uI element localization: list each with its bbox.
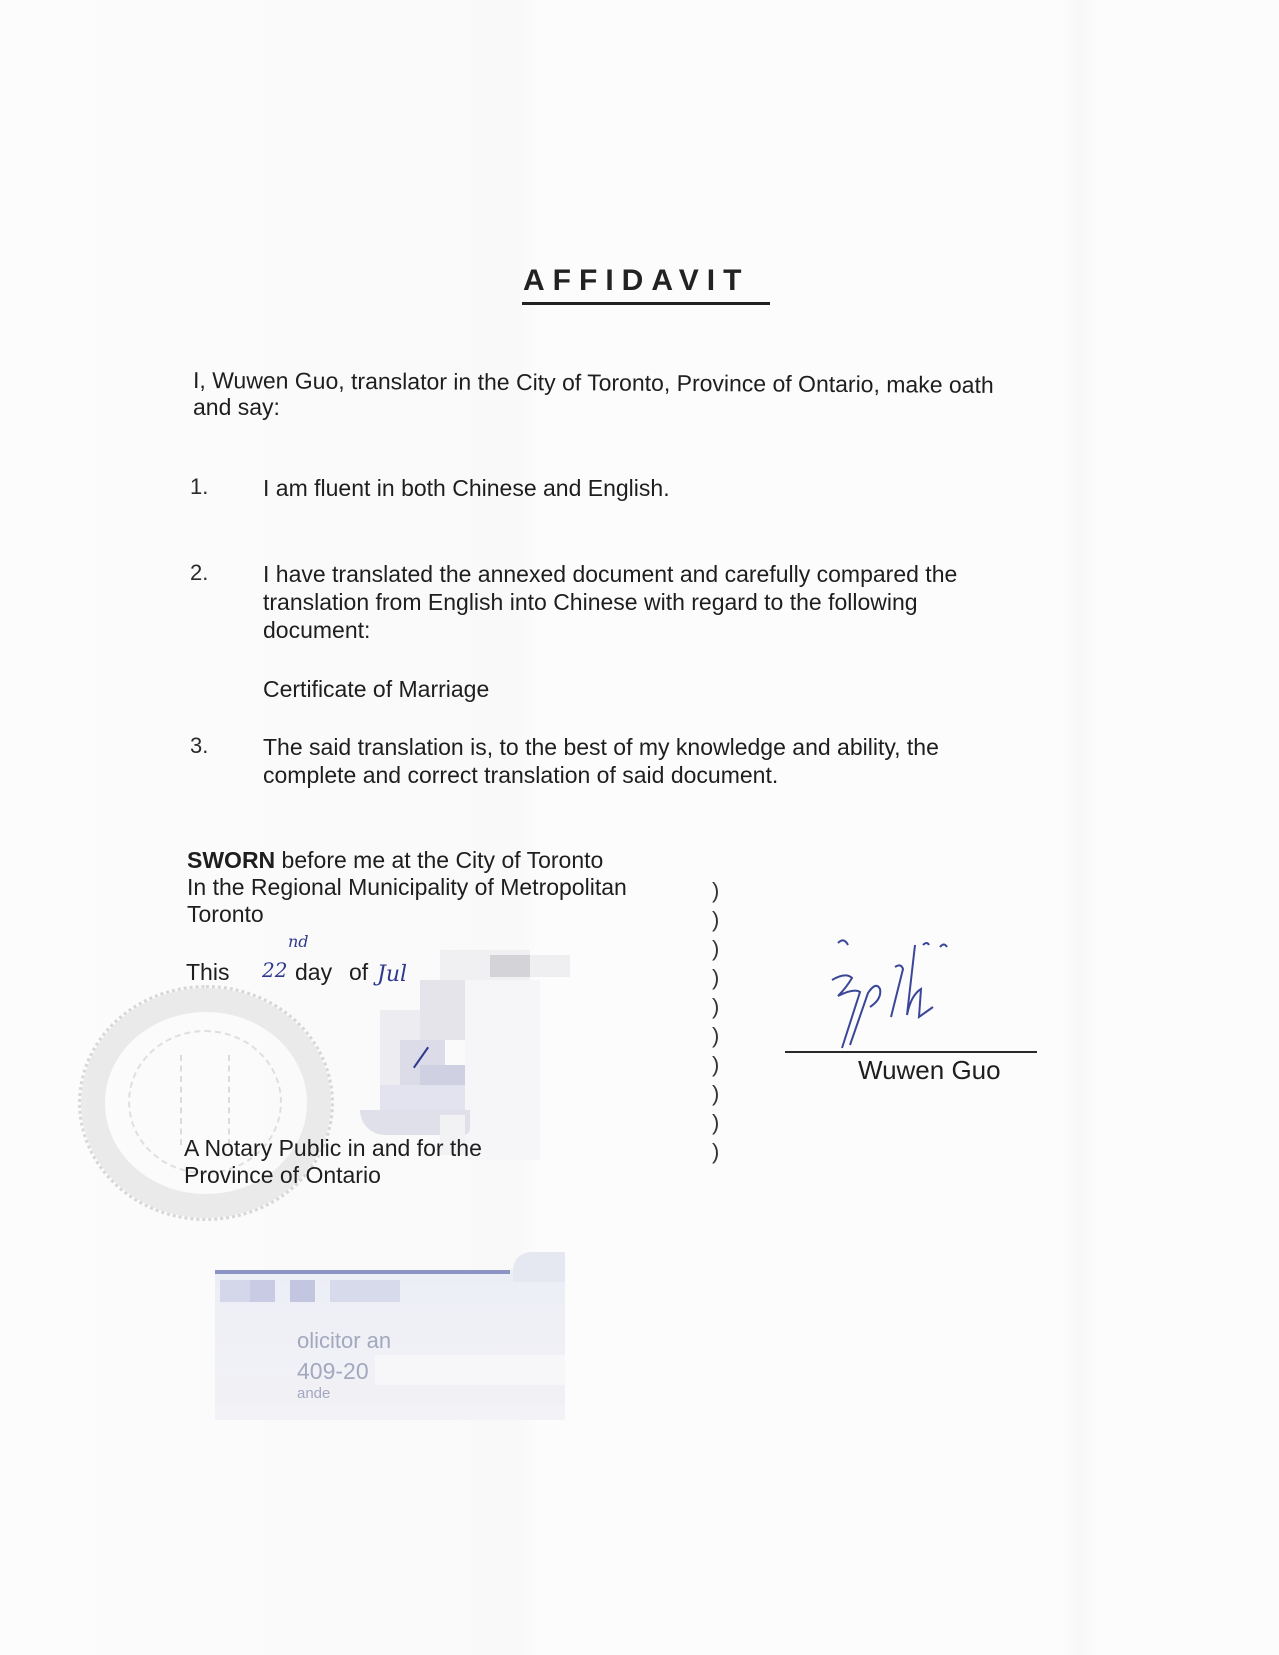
item-3-line-2: complete and correct translation of said… — [263, 761, 778, 789]
item-2-line-3: document: — [263, 616, 370, 644]
item-2-number: 2. — [190, 560, 208, 586]
intro-line-1: I, Wuwen Guo, translator in the City of … — [193, 366, 994, 399]
date-this-label: This — [186, 958, 229, 986]
seal-center-mark — [180, 1055, 230, 1145]
item-3-number: 3. — [190, 733, 208, 759]
stamp-fragment-solicitor: olicitor an — [297, 1328, 391, 1354]
item-3-line-1: The said translation is, to the best of … — [263, 733, 939, 761]
sworn-label: SWORN — [187, 847, 275, 873]
handwritten-day: 22 — [262, 958, 287, 982]
item-2-document-name: Certificate of Marriage — [263, 675, 489, 703]
parenthesis-mark: ) — [712, 936, 719, 962]
item-2-line-1: I have translated the annexed document a… — [263, 560, 957, 588]
jurat-line-2: In the Regional Municipality of Metropol… — [187, 873, 627, 901]
intro-line-2: and say: — [193, 393, 280, 421]
parenthesis-mark: ) — [712, 1081, 719, 1107]
stamp-fragment-address: ande — [297, 1385, 330, 1402]
parenthesis-mark: ) — [712, 965, 719, 991]
stamp-fragment-phone: 409-20 — [297, 1358, 369, 1385]
sworn-rest: before me at the City of Toronto — [275, 847, 603, 873]
notary-line-2: Province of Ontario — [184, 1161, 381, 1189]
redacted-lawyer-stamp: olicitor an 409-20 ande — [215, 1270, 565, 1420]
notary-line-1: A Notary Public in and for the — [184, 1134, 482, 1162]
handwritten-signature — [820, 925, 1000, 1055]
handwritten-month: Jul — [377, 962, 407, 987]
handwritten-day-suffix: nd — [288, 932, 309, 951]
signature-line — [785, 1051, 1037, 1053]
item-1-number: 1. — [190, 474, 208, 500]
parenthesis-mark: ) — [712, 1052, 719, 1078]
parenthesis-mark: ) — [712, 878, 719, 904]
document-title: AFFIDAVIT — [523, 264, 749, 298]
item-2-line-2: translation from English into Chinese wi… — [263, 588, 918, 616]
item-1-text: I am fluent in both Chinese and English. — [263, 474, 670, 502]
date-of-label: of — [349, 958, 368, 986]
date-day-label: day — [295, 958, 332, 986]
parenthesis-mark: ) — [712, 994, 719, 1020]
parenthesis-mark: ) — [712, 1110, 719, 1136]
parenthesis-mark: ) — [712, 907, 719, 933]
paper-background — [0, 0, 1279, 1655]
title-underline — [522, 302, 770, 305]
parenthesis-mark: ) — [712, 1139, 719, 1165]
jurat-line-3: Toronto — [187, 900, 264, 928]
jurat-line-1: SWORN before me at the City of Toronto — [187, 846, 603, 874]
parenthesis-mark: ) — [712, 1023, 719, 1049]
signer-name: Wuwen Guo — [858, 1055, 1001, 1086]
